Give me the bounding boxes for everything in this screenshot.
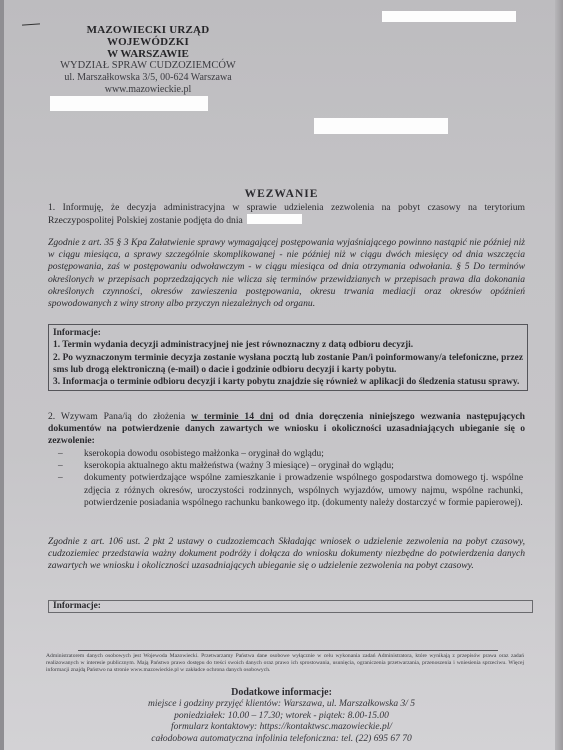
list-item: – dokumenty potwierdzające wspólne zamie… xyxy=(58,472,523,509)
redacted-decision-date xyxy=(247,214,302,224)
legal-note-art106: Zgodnie z art. 106 ust. 2 pkt 2 ustawy o… xyxy=(48,536,525,573)
bullet-dash: – xyxy=(58,448,84,460)
info-box-heading: Informacje: xyxy=(53,327,523,339)
paper-left-edge xyxy=(0,0,4,750)
additional-info-heading: Dodatkowe informacje: xyxy=(0,687,563,699)
info-item: 2. Po wyznaczonym terminie decyzja zosta… xyxy=(53,352,523,377)
info-item: 3. Informacja o terminie odbioru decyzji… xyxy=(53,376,523,388)
redacted-case-number xyxy=(50,96,208,111)
section-2-deadline: w terminie 14 dni xyxy=(191,411,273,422)
section-2-prefix: 2. Wzywam Pana/ią do złożenia xyxy=(48,411,191,422)
section-2: 2. Wzywam Pana/ią do złożenia w terminie… xyxy=(48,411,525,448)
info-item: 1. Termin wydania decyzji administracyjn… xyxy=(53,339,523,351)
document-title: WEZWANIE xyxy=(0,188,563,200)
legal-note-art35: Zgodnie z art. 35 § 3 Kpa Załatwienie sp… xyxy=(48,237,525,310)
letterhead: MAZOWIECKI URZĄD WOJEWÓDZKI W WARSZAWIE … xyxy=(48,24,248,96)
info-box: Informacje: 1. Termin wydania decyzji ad… xyxy=(48,324,528,391)
gdpr-notice: Administratorem danych osobowych jest Wo… xyxy=(46,653,524,675)
redacted-date xyxy=(382,11,516,22)
office-city: W WARSZAWIE xyxy=(48,48,248,60)
additional-info: Dodatkowe informacje: miejsce i godziny … xyxy=(0,687,563,746)
office-name: MAZOWIECKI URZĄD WOJEWÓDZKI xyxy=(48,24,248,48)
list-item: – kserokopia aktualnego aktu małżeństwa … xyxy=(58,460,523,472)
bullet-dash: – xyxy=(58,460,84,472)
contact-form-url: formularz kontaktowy: https://kontaktwsc… xyxy=(0,722,563,734)
office-address: ul. Marszałkowska 3/5, 00-624 Warszawa xyxy=(48,72,248,84)
footer-separator xyxy=(78,650,498,651)
department-name: WYDZIAŁ SPRAW CUDZOZIEMCÓW xyxy=(48,60,248,72)
list-item: – kserokopia dowodu osobistego małżonka … xyxy=(58,448,523,460)
office-hours: poniedziałek: 10.00 – 17.30; wtorek - pi… xyxy=(0,711,563,723)
bullet-dash: – xyxy=(58,472,84,509)
required-documents-list: – kserokopia dowodu osobistego małżonka … xyxy=(58,448,523,509)
office-hours-location: miejsce i godziny przyjęć klientów: Wars… xyxy=(0,699,563,711)
infoline-phone: całodobowa automatyczna infolinia telefo… xyxy=(0,734,563,746)
section-1: 1. Informuję, że decyzja administracyjna… xyxy=(48,202,525,227)
info-box-2-heading: Informacje: xyxy=(53,601,101,611)
redacted-recipient xyxy=(314,118,448,134)
office-website: www.mazowieckie.pl xyxy=(48,84,248,96)
header-line xyxy=(22,23,40,25)
info-box-2: Informacje: xyxy=(48,600,533,613)
paper-right-edge xyxy=(555,0,563,750)
